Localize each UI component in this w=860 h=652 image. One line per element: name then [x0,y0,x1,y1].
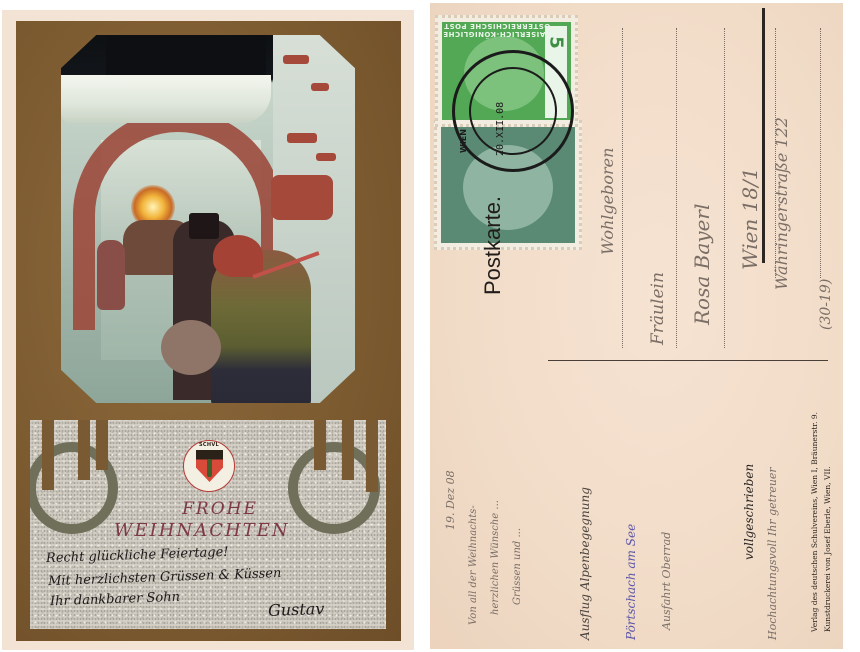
stamp-legend: KAISERLICH-KÖNIGLICHE ÖSTERREICHISCHE PO… [442,22,552,38]
handwritten-line: Mit herzlichsten Grüssen & Küssen [48,566,282,589]
oak-leaf-icon [207,459,212,477]
postmark: WIEN 20.XII.08 [452,50,574,172]
publisher-imprint: Verlag des deutschen Schulvereins, Wien … [808,412,834,632]
postkarte-heading: Postkarte. [480,196,506,295]
snow-on-arch [61,75,271,123]
greeting-title: FROHE WEIHNACHTEN [110,498,330,542]
address-line-fraulein: Fräulein [648,272,668,345]
address-line [676,28,677,348]
message-date: 19. Dez 08 [444,470,457,530]
message-line: Ausflug Alpenbegegnung [578,487,592,640]
red-bonnet [213,235,263,277]
ornament-bar [366,420,378,492]
postmark-date: 20.XII.08 [495,71,515,156]
ornament-bar [42,420,54,490]
ornament-bar [342,420,354,480]
message-line-violet: Pörtschach am See [624,524,638,640]
address-line-city: Wien 18/1 [738,167,762,270]
postcard-front: SCHVL FROHE WEIHNACHTEN Recht glückliche… [2,10,414,650]
greeting-line-1: FROHE [182,499,258,519]
fur-muff [161,320,221,375]
message-line: Hochachtungsvoll Ihr getreuer [766,467,779,640]
brick [283,55,309,64]
top-hat [189,213,219,239]
address-line [820,28,821,278]
address-line [622,28,623,348]
handwritten-line: Recht glückliche Feiertage! [46,545,229,566]
handwritten-line: Ihr dankbarer Sohn [50,590,180,610]
ornament-bar [96,420,108,470]
ornament-bar [314,420,326,470]
postmark-town: WIEN [459,73,479,153]
schulverein-emblem: SCHVL [183,440,235,492]
underline-bar [762,8,765,263]
address-line-wohlgeboren: Wohlgeboren [598,148,617,255]
night-sky [106,35,266,80]
woman-figure [97,240,125,310]
winter-street-illustration [61,35,355,403]
message-line: herzlichen Wünsche ... [490,500,501,615]
address-line-street: Währingerstraße 122 [772,117,791,290]
emblem-text: SCHVL [184,442,234,448]
handwritten-signature: Gustav [268,599,325,620]
brick [311,83,329,91]
message-line: Ausfahrt Oberrad [660,532,673,630]
message-line: vollgeschrieben [742,464,756,560]
ornament-bar [78,420,90,480]
brick [316,153,336,161]
greeting-panel: SCHVL FROHE WEIHNACHTEN Recht glückliche… [30,420,386,629]
address-line-code: (30-19) [818,279,834,330]
brick [287,133,317,143]
brick [271,175,333,220]
message-line: Von all der Weihnachts- [468,505,479,625]
publisher-line-2: Kunstdruckerei von Josef Eberle, Wien, V… [821,412,834,632]
address-line-name: Rosa Bayerl [690,204,714,325]
greeting-line-2: WEIHNACHTEN [110,520,330,542]
publisher-line-1: Verlag des deutschen Schulvereins, Wien … [808,412,821,632]
divider-line [548,360,828,361]
message-line: Grüssen und ... [512,528,523,605]
address-line [724,28,725,348]
